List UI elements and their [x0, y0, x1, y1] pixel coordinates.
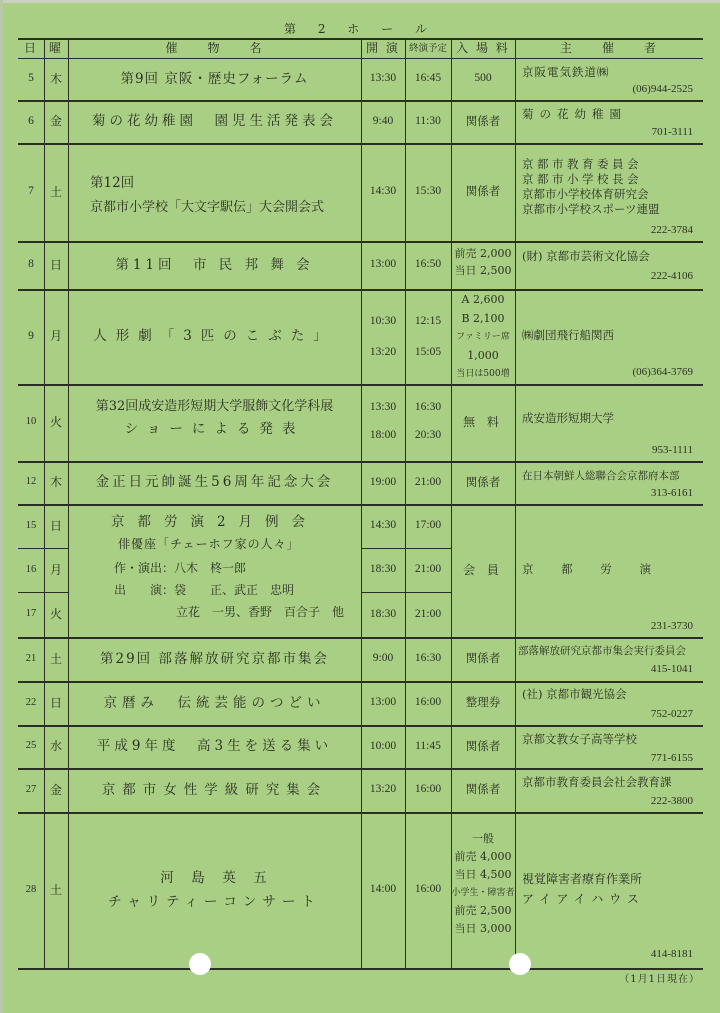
- row-day: 25: [18, 725, 44, 768]
- admission-fee: 会 員: [451, 504, 515, 637]
- row-day: 17: [18, 592, 44, 637]
- start-time: 14:30: [361, 143, 405, 241]
- organizer-phone: 313-6161: [523, 487, 693, 500]
- organizer: 京 都 労 演: [522, 563, 663, 577]
- admission-fee: 小学生・障害者: [451, 888, 515, 899]
- page-edge: [0, 0, 3, 1013]
- admission-fee: 当日 3,000: [451, 922, 515, 935]
- organizer-phone: 953-1111: [523, 444, 693, 457]
- organizer: 京都市小学校長会: [522, 173, 642, 187]
- header-day: 日: [18, 39, 44, 58]
- event-name: 京暦み 伝統芸能のつどい: [68, 681, 361, 725]
- row-day: 27: [18, 768, 44, 812]
- organizer-phone: (06)944-2525: [523, 83, 693, 96]
- event-name: 第11回 市 民 邦 舞 会: [68, 241, 361, 289]
- organizer-phone: 222-3800: [523, 795, 693, 808]
- event-name: 第9回 京阪・歴史フォーラム: [68, 58, 361, 100]
- organizer: 視覚障害者療育作業所: [522, 872, 642, 886]
- start-time: 13:20: [361, 345, 405, 361]
- end-time: 16:00: [405, 681, 451, 725]
- row-weekday: 土: [44, 143, 68, 241]
- admission-fee: 当日 2,500: [451, 264, 515, 277]
- organizer-phone: 771-6155: [523, 752, 693, 765]
- organizer: (社) 京都市観光協会: [522, 688, 627, 702]
- header-end: 終演予定: [405, 39, 451, 58]
- end-time: 15:05: [405, 345, 451, 361]
- start-time: 10:30: [361, 314, 405, 330]
- organizer: 京阪電気鉄道㈱: [522, 66, 610, 80]
- event-name: 京都労演2月例会: [68, 512, 361, 532]
- row-weekday: 月: [44, 548, 68, 592]
- start-time: 13:00: [361, 681, 405, 725]
- event-name-line1: 第12回: [90, 175, 134, 191]
- row-day: 16: [18, 548, 44, 592]
- row-day: 22: [18, 681, 44, 725]
- end-time: 11:30: [405, 100, 451, 143]
- event-credit: 出 演：袋 正、武正 忠明: [114, 583, 294, 597]
- admission-fee: 関係者: [451, 725, 515, 768]
- end-time: 15:30: [405, 143, 451, 241]
- admission-fee: 前売 4,000: [451, 850, 515, 863]
- admission-fee: A 2,600: [451, 293, 515, 306]
- end-time: 16:45: [405, 58, 451, 100]
- end-time: 11:45: [405, 725, 451, 768]
- organizer: 京都市教育委員会: [522, 158, 642, 172]
- organizer: ㈱劇団飛行船関西: [522, 329, 614, 343]
- end-time: 12:15: [405, 314, 451, 330]
- end-time: 16:50: [405, 241, 451, 289]
- start-time: 18:00: [361, 428, 405, 444]
- organizer: (財) 京都市芸術文化協会: [522, 250, 650, 264]
- organizer-phone: 222-3784: [523, 224, 693, 237]
- event-name-line1: 河 島 英 五: [68, 868, 361, 888]
- admission-fee: 一般: [451, 832, 515, 845]
- punch-hole: [189, 953, 211, 975]
- organizer: 部落解放研究京都市集会実行委員会: [518, 645, 686, 658]
- start-time: 13:30: [361, 400, 405, 416]
- organizer: 在日本朝鮮人総聯合会京都府本部: [522, 470, 680, 483]
- organizer-phone: (06)364-3769: [523, 366, 693, 379]
- start-time: 13:00: [361, 241, 405, 289]
- row-weekday: 水: [44, 725, 68, 768]
- admission-fee: 前売 2,500: [451, 904, 515, 917]
- header-weekday: 曜: [44, 39, 68, 58]
- admission-fee: 関係者: [451, 143, 515, 241]
- event-name-line2: 京都市小学校「大文字駅伝」大会開会式: [90, 200, 324, 216]
- row-weekday: 火: [44, 592, 68, 637]
- row-day: 5: [18, 58, 44, 100]
- start-time: 19:00: [361, 461, 405, 504]
- row-weekday: 土: [44, 812, 68, 968]
- row-weekday: 木: [44, 461, 68, 504]
- start-time: 14:00: [361, 812, 405, 968]
- end-time: 16:30: [405, 400, 451, 416]
- admission-fee: 前売 2,000: [451, 247, 515, 260]
- header-start: 開 演: [361, 39, 405, 58]
- row-day: 15: [18, 504, 44, 548]
- header-organizer: 主 催 者: [515, 39, 703, 58]
- admission-fee: B 2,100: [451, 312, 515, 325]
- admission-fee: 無 料: [451, 384, 515, 461]
- schedule-table: 日 曜 催 物 名 開 演 終演予定 入 場 料 主 催 者 5 木 第9回 京…: [18, 38, 703, 968]
- end-time: 21:00: [405, 548, 451, 592]
- organizer: 京都市小学校スポーツ連盟: [522, 203, 660, 217]
- start-time: 18:30: [361, 548, 405, 592]
- row-day: 7: [18, 143, 44, 241]
- admission-fee: 関係者: [451, 461, 515, 504]
- start-time: 9:00: [361, 637, 405, 681]
- admission-fee: 関係者: [451, 100, 515, 143]
- start-time: 18:30: [361, 592, 405, 637]
- row-weekday: 日: [44, 681, 68, 725]
- organizer-phone: 231-3730: [523, 620, 693, 633]
- organizer: 成安造形短期大学: [522, 412, 614, 426]
- event-name: 第29回 部落解放研究京都市集会: [68, 637, 361, 681]
- start-time: 9:40: [361, 100, 405, 143]
- organizer-phone: 701-3111: [523, 126, 693, 139]
- event-name: 菊の花幼稚園 園児生活発表会: [68, 100, 361, 143]
- event-name-line1: 第32回成安造形短期大学服飾文化学科展: [68, 398, 361, 416]
- row-weekday: 土: [44, 637, 68, 681]
- event-name: 京都市女性学級研究集会: [68, 768, 361, 812]
- admission-fee: 1,000: [451, 349, 515, 362]
- organizer: 京都市小学校体育研究会: [522, 188, 649, 202]
- row-day: 6: [18, 100, 44, 143]
- row-day: 10: [18, 384, 44, 461]
- event-name: 平成9年度 高3生を送る集い: [68, 725, 361, 768]
- start-time: 10:00: [361, 725, 405, 768]
- event-credit: 立花 一男、香野 百合子 他: [176, 605, 344, 619]
- end-time: 20:30: [405, 428, 451, 444]
- organizer-phone: 414-8181: [523, 948, 693, 961]
- organizer: 菊の花幼稚園: [522, 108, 627, 122]
- admission-fee: 関係者: [451, 768, 515, 812]
- row-weekday: 木: [44, 58, 68, 100]
- row-weekday: 火: [44, 384, 68, 461]
- end-time: 21:00: [405, 592, 451, 637]
- row-weekday: 月: [44, 289, 68, 384]
- event-subtitle: 俳優座「チェーホフ家の人々」: [118, 537, 300, 551]
- organizer: アイアイハウス: [522, 892, 645, 906]
- row-weekday: 日: [44, 504, 68, 548]
- table-rule: [515, 38, 516, 968]
- row-weekday: 金: [44, 768, 68, 812]
- end-time: 16:30: [405, 637, 451, 681]
- event-credit: 作・演出：八木 柊一郎: [114, 561, 246, 575]
- as-of-date-note: （1月1日現在）: [619, 970, 700, 985]
- organizer-phone: 222-4106: [523, 270, 693, 283]
- punch-hole: [509, 953, 531, 975]
- organizer-phone: 752-0227: [523, 708, 693, 721]
- admission-fee: ファミリー席: [451, 332, 515, 343]
- admission-fee: 当日 4,500: [451, 868, 515, 881]
- event-name: 金正日元帥誕生56周年記念大会: [68, 461, 361, 504]
- event-name-line2: ショーによる発表: [68, 420, 361, 438]
- header-event: 催 物 名: [68, 39, 361, 58]
- start-time: 14:30: [361, 504, 405, 548]
- admission-fee: 500: [451, 58, 515, 100]
- admission-fee: 整理券: [451, 681, 515, 725]
- admission-fee: 当日は500増: [451, 369, 515, 380]
- page-title: 第 2 ホ ー ル: [0, 20, 720, 37]
- organizer: 京都市教育委員会社会教育課: [522, 776, 672, 790]
- table-rule: [18, 968, 703, 970]
- organizer-phone: 415-1041: [523, 663, 693, 676]
- end-time: 16:00: [405, 812, 451, 968]
- row-day: 28: [18, 812, 44, 968]
- header-fee: 入 場 料: [451, 39, 515, 58]
- row-day: 12: [18, 461, 44, 504]
- start-time: 13:30: [361, 58, 405, 100]
- organizer: 京都文教女子高等学校: [522, 733, 637, 747]
- row-day: 9: [18, 289, 44, 384]
- row-day: 21: [18, 637, 44, 681]
- end-time: 21:00: [405, 461, 451, 504]
- end-time: 16:00: [405, 768, 451, 812]
- row-weekday: 金: [44, 100, 68, 143]
- row-weekday: 日: [44, 241, 68, 289]
- admission-fee: 関係者: [451, 637, 515, 681]
- row-day: 8: [18, 241, 44, 289]
- end-time: 17:00: [405, 504, 451, 548]
- page-edge: [0, 0, 720, 3]
- start-time: 13:20: [361, 768, 405, 812]
- event-name-line2: チャリティーコンサート: [68, 892, 361, 912]
- event-name: 人形劇「3匹のこぶた」: [68, 289, 361, 384]
